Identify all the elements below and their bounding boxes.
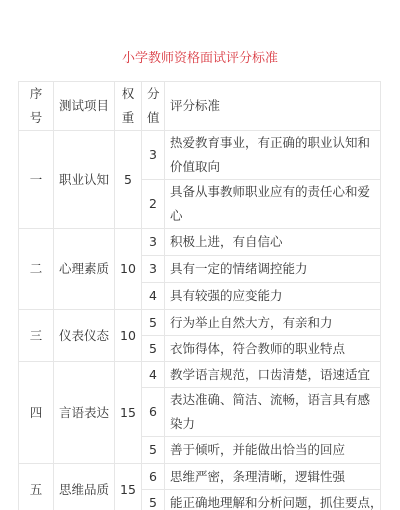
row-score: 6 (142, 464, 165, 490)
row-score: 3 (142, 131, 165, 180)
row-criteria: 积极上进，有自信心 (165, 229, 381, 256)
row-criteria: 热爱教育事业，有正确的职业认知和价值取向 (165, 131, 381, 180)
row-score: 5 (142, 336, 165, 362)
header-weight-line1: 权 (120, 82, 136, 106)
document-title: 小学教师资格面试评分标准 (0, 49, 400, 69)
row-score: 5 (142, 490, 165, 510)
header-score-line2: 值 (147, 106, 159, 130)
row-score: 3 (142, 229, 165, 256)
row-criteria: 具有一定的情绪调控能力 (165, 256, 381, 283)
header-weight: 权 重 (115, 82, 142, 131)
table-row: 三 仪表仪态 10 5 行为举止自然大方，有亲和力 (19, 310, 381, 336)
row-criteria: 善于倾听，并能做出恰当的回应 (165, 437, 381, 464)
row-criteria: 能正确地理解和分析问题，抓住要点， (165, 490, 381, 510)
header-no-line2: 号 (24, 106, 48, 130)
group-weight: 10 (115, 229, 142, 310)
row-criteria: 行为举止自然大方，有亲和力 (165, 310, 381, 336)
row-score: 4 (142, 283, 165, 310)
row-criteria: 教学语言规范，口齿清楚，语速适宜 (165, 362, 381, 388)
table-row: 四 言语表达 15 4 教学语言规范，口齿清楚，语速适宜 (19, 362, 381, 388)
row-criteria: 思维严密，条理清晰，逻辑性强 (165, 464, 381, 490)
header-score-line1: 分 (147, 82, 159, 106)
header-weight-line2: 重 (120, 106, 136, 130)
row-score: 6 (142, 388, 165, 437)
group-no: 一 (19, 131, 54, 229)
row-score: 2 (142, 180, 165, 229)
table-row: 一 职业认知 5 3 热爱教育事业，有正确的职业认知和价值取向 (19, 131, 381, 180)
row-score: 5 (142, 310, 165, 336)
table-row: 五 思维品质 15 6 思维严密，条理清晰，逻辑性强 (19, 464, 381, 490)
table-header-row: 序 号 测试项目 权 重 分 值 评分标准 (19, 82, 381, 131)
group-item: 心理素质 (54, 229, 115, 310)
header-score: 分 值 (142, 82, 165, 131)
row-criteria: 表达准确、简洁、流畅，语言具有感染力 (165, 388, 381, 437)
group-weight: 5 (115, 131, 142, 229)
row-score: 4 (142, 362, 165, 388)
group-item: 职业认知 (54, 131, 115, 229)
row-score: 3 (142, 256, 165, 283)
group-weight: 15 (115, 464, 142, 510)
group-item: 思维品质 (54, 464, 115, 510)
header-no: 序 号 (19, 82, 54, 131)
header-no-line1: 序 (24, 82, 48, 106)
row-criteria: 衣饰得体，符合教师的职业特点 (165, 336, 381, 362)
group-item: 言语表达 (54, 362, 115, 464)
table-row: 二 心理素质 10 3 积极上进，有自信心 (19, 229, 381, 256)
group-no: 二 (19, 229, 54, 310)
group-no: 四 (19, 362, 54, 464)
group-no: 五 (19, 464, 54, 510)
group-item: 仪表仪态 (54, 310, 115, 362)
row-criteria: 具备从事教师职业应有的责任心和爱心 (165, 180, 381, 229)
row-score: 5 (142, 437, 165, 464)
group-weight: 10 (115, 310, 142, 362)
header-criteria: 评分标准 (165, 82, 381, 131)
group-no: 三 (19, 310, 54, 362)
group-weight: 15 (115, 362, 142, 464)
header-item: 测试项目 (54, 82, 115, 131)
row-criteria: 具有较强的应变能力 (165, 283, 381, 310)
scoring-table: 序 号 测试项目 权 重 分 值 评分标准 一 职业认知 5 3 热爱教育事业，… (18, 81, 381, 510)
